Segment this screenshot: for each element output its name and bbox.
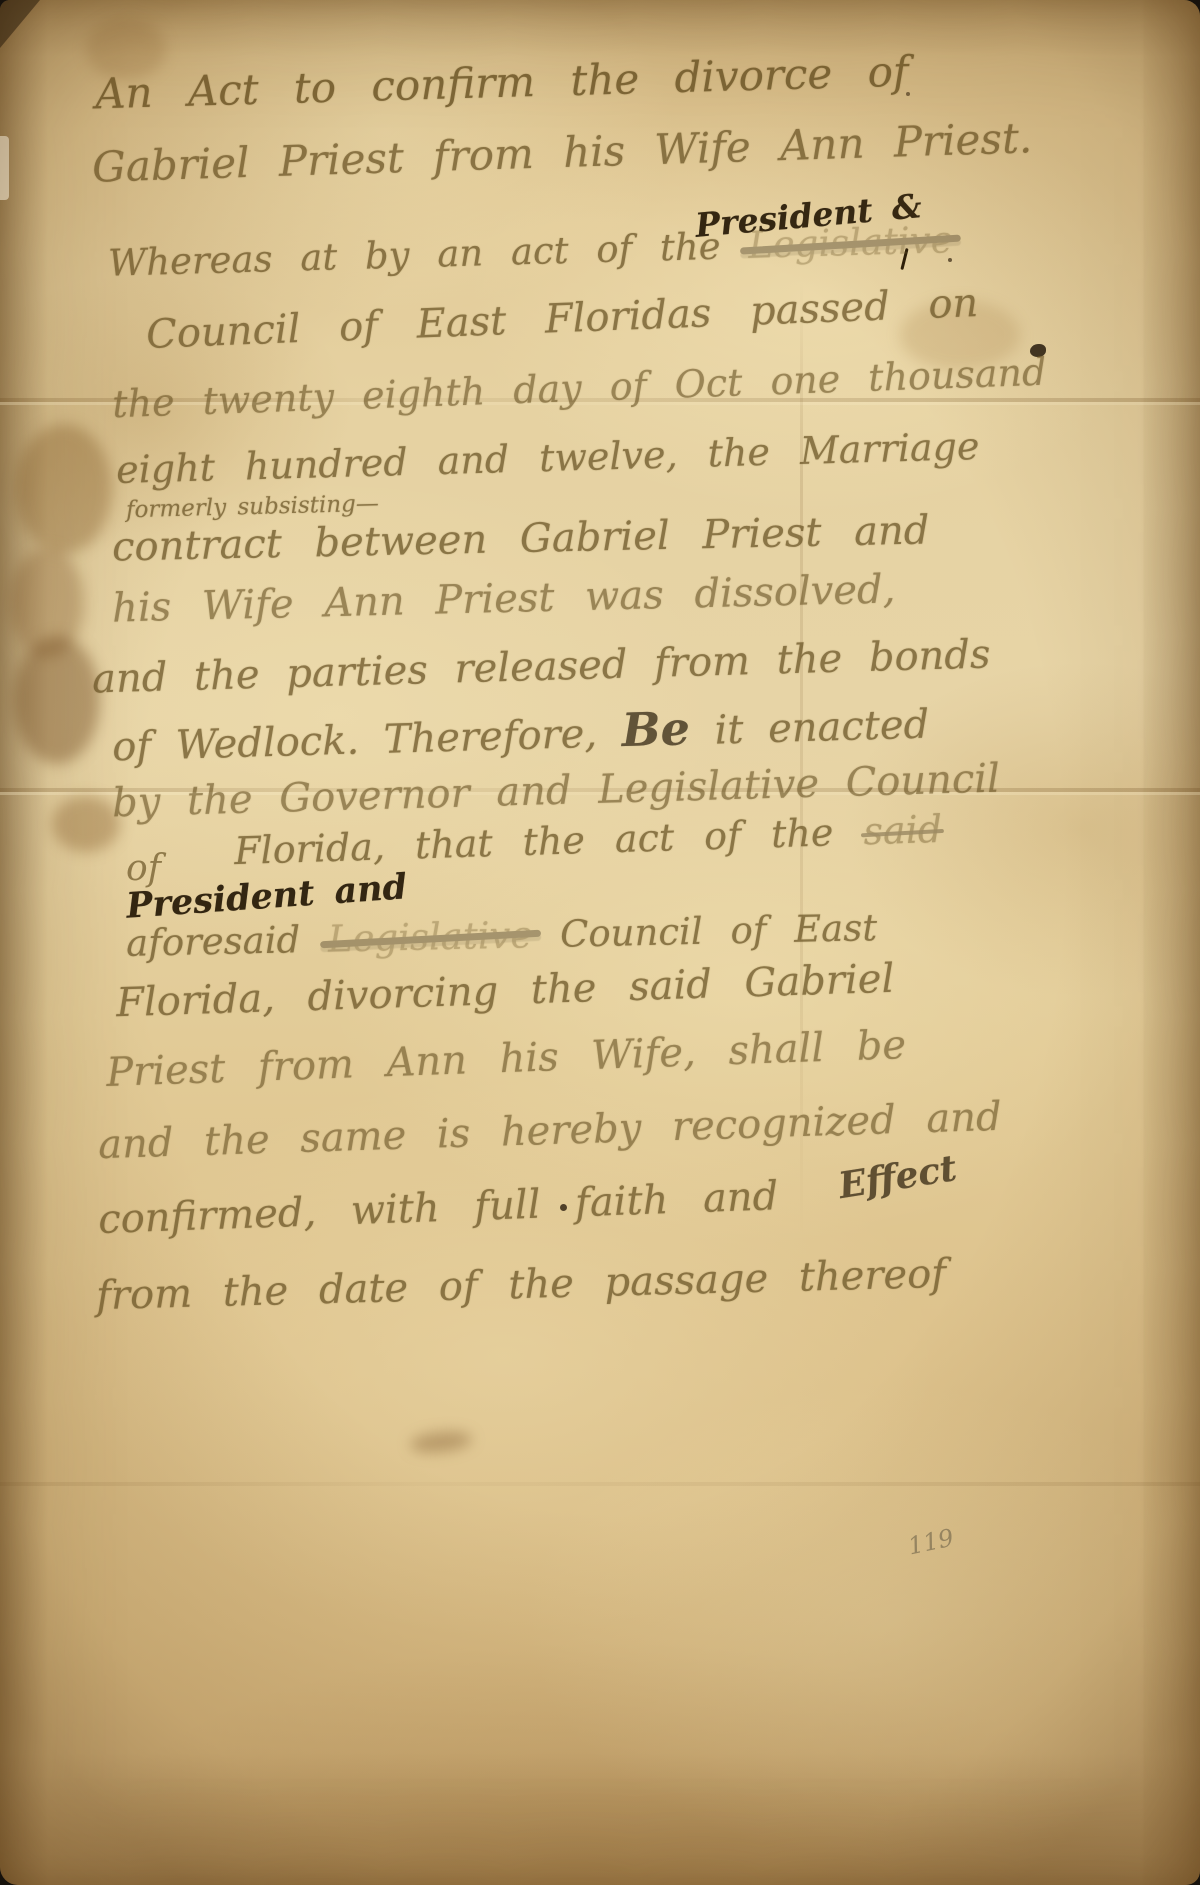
dark-ink-insertion-effect: Effect	[836, 1147, 960, 1207]
struck-word: Legislative	[328, 913, 533, 960]
body-line-enacting-clause: of Wedlock. Therefore, Be it enacted	[111, 695, 929, 772]
paper-edge-tear	[0, 136, 9, 200]
handwritten-text: the twenty eighth day of Oct one thousan…	[112, 350, 1047, 427]
page-number-annotation: 119	[906, 1524, 957, 1561]
stain	[52, 796, 120, 852]
handwritten-text: and the same is hereby recognized and	[98, 1094, 1003, 1168]
struck-word: Legislative	[748, 218, 953, 267]
handwritten-text: confirmed, with full faith and	[97, 1173, 779, 1243]
body-line: the twenty eighth day of Oct one thousan…	[112, 350, 1047, 427]
handwritten-text: aforesaid	[126, 918, 301, 965]
body-line: and the same is hereby recognized and	[98, 1094, 1003, 1168]
handwritten-text: his Wife Ann Priest was dissolved,	[112, 566, 896, 631]
horizontal-fold-crease	[0, 1482, 1200, 1486]
interlined-note-formerly-subsisting: formerly subsisting—	[126, 491, 379, 524]
corner-fold-shadow	[0, 0, 40, 48]
handwritten-text: it enacted	[714, 702, 930, 754]
handwritten-text: Council of East Floridas passed on	[145, 280, 979, 358]
handwritten-text: formerly subsisting—	[126, 491, 379, 524]
body-line: Priest from Ann his Wife, shall be	[105, 1022, 906, 1096]
body-line: Florida, divorcing the said Gabriel	[115, 956, 894, 1026]
title-line-2: Gabriel Priest from his Wife Ann Priest.	[91, 113, 1032, 192]
body-line: from the date of the passage thereof	[96, 1251, 947, 1319]
body-line: his Wife Ann Priest was dissolved,	[112, 566, 896, 631]
body-line: and the parties released from the bonds	[92, 631, 992, 702]
stain	[16, 424, 112, 554]
stain	[14, 636, 100, 764]
handwritten-text: An Act to confirm the divorce of	[94, 47, 909, 119]
dark-ink-insertion-be: Be	[621, 701, 691, 757]
body-line: eight hundred and twelve, the Marriage	[116, 424, 980, 492]
handwritten-text: of Wedlock. Therefore,	[112, 711, 598, 771]
handwritten-text: eight hundred and twelve, the Marriage	[116, 424, 980, 492]
screenshot-root: { "document": { "kind": "handwritten man…	[0, 0, 1200, 1885]
handwritten-text: Priest from Ann his Wife, shall be	[105, 1022, 906, 1096]
handwritten-text: Florida, divorcing the said Gabriel	[115, 956, 894, 1026]
body-line: Council of East Floridas passed on	[145, 280, 979, 358]
handwritten-text: and the parties released from the bonds	[92, 631, 992, 702]
title-line-1: An Act to confirm the divorce of	[94, 47, 909, 119]
stain	[10, 548, 84, 658]
body-line-whereas: Whereas at by an act of the Legislative	[108, 218, 954, 285]
struck-word: said	[863, 807, 943, 853]
handwritten-text: Whereas at by an act of the	[108, 225, 722, 285]
vertical-fold-crease	[800, 280, 803, 1240]
handwritten-text: Gabriel Priest from his Wife Ann Priest.	[91, 113, 1032, 192]
handwritten-text: from the date of the passage thereof	[96, 1251, 947, 1319]
handwritten-text: Council of East	[560, 906, 878, 956]
manuscript-paper: An Act to confirm the divorce of Gabriel…	[0, 0, 1200, 1885]
body-line: confirmed, with full faith and Effect	[97, 1167, 958, 1243]
stain	[409, 1429, 473, 1455]
